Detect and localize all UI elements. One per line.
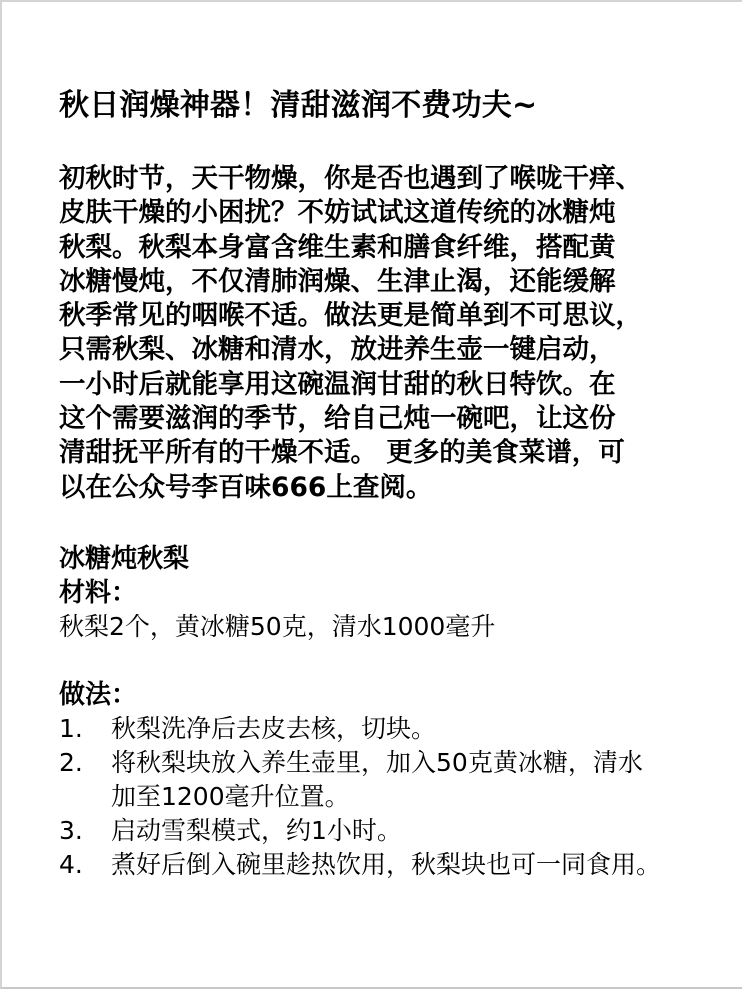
step-text: 启动雪梨模式，约1小时。 <box>111 814 719 848</box>
step-number: 2. <box>59 746 111 814</box>
method-steps: 1. 秋梨洗净后去皮去核，切块。 2. 将秋梨块放入养生壶里，加入50克黄冰糖，… <box>59 712 719 882</box>
intro-line: 冰糖慢炖，不仅清肺润燥、生津止渴，还能缓解 <box>59 265 699 299</box>
step-line: 加至1200毫升位置。 <box>111 780 719 814</box>
intro-line: 清甜抚平所有的干燥不适。 更多的美食菜谱，可 <box>59 436 699 470</box>
method-step: 3. 启动雪梨模式，约1小时。 <box>59 814 719 848</box>
section-spacer <box>59 644 719 678</box>
step-line: 煮好后倒入碗里趁热饮用，秋梨块也可一同食用。 <box>111 848 719 882</box>
step-line: 秋梨洗净后去皮去核，切块。 <box>111 712 719 746</box>
step-line: 将秋梨块放入养生壶里，加入50克黄冰糖，清水 <box>111 746 719 780</box>
step-number: 4. <box>59 848 111 882</box>
method-step: 1. 秋梨洗净后去皮去核，切块。 <box>59 712 719 746</box>
intro-line: 这个需要滋润的季节，给自己炖一碗吧，让这份 <box>59 402 699 436</box>
intro-line: 初秋时节，天干物燥，你是否也遇到了喉咙干痒、 <box>59 162 699 196</box>
step-text: 秋梨洗净后去皮去核，切块。 <box>111 712 719 746</box>
step-number: 3. <box>59 814 111 848</box>
intro-line: 秋梨。秋梨本身富含维生素和膳食纤维，搭配黄 <box>59 231 699 265</box>
intro-line: 秋季常见的咽喉不适。做法更是简单到不可思议， <box>59 299 699 333</box>
step-number: 1. <box>59 712 111 746</box>
step-line: 启动雪梨模式，约1小时。 <box>111 814 719 848</box>
intro-line: 只需秋梨、冰糖和清水，放进养生壶一键启动， <box>59 333 699 367</box>
document-title: 秋日润燥神器！清甜滋润不费功夫~ <box>59 84 537 128</box>
method-label: 做法： <box>59 678 719 712</box>
intro-line: 以在公众号李百味666上查阅。 <box>59 471 699 505</box>
recipe-section: 冰糖炖秋梨 材料： 秋梨2个，黄冰糖50克，清水1000毫升 做法： 1. 秋梨… <box>59 542 719 882</box>
step-text: 煮好后倒入碗里趁热饮用，秋梨块也可一同食用。 <box>111 848 719 882</box>
document-page: 秋日润燥神器！清甜滋润不费功夫~ 初秋时节，天干物燥，你是否也遇到了喉咙干痒、 … <box>0 0 742 989</box>
method-step: 2. 将秋梨块放入养生壶里，加入50克黄冰糖，清水 加至1200毫升位置。 <box>59 746 719 814</box>
intro-line: 一小时后就能享用这碗温润甘甜的秋日特饮。在 <box>59 368 699 402</box>
step-text: 将秋梨块放入养生壶里，加入50克黄冰糖，清水 加至1200毫升位置。 <box>111 746 719 814</box>
intro-line: 皮肤干燥的小困扰？不妨试试这道传统的冰糖炖 <box>59 196 699 230</box>
ingredients-label: 材料： <box>59 576 719 610</box>
ingredients-list: 秋梨2个，黄冰糖50克，清水1000毫升 <box>59 610 719 644</box>
recipe-name: 冰糖炖秋梨 <box>59 542 719 576</box>
intro-paragraph: 初秋时节，天干物燥，你是否也遇到了喉咙干痒、 皮肤干燥的小困扰？不妨试试这道传统… <box>59 162 699 505</box>
method-step: 4. 煮好后倒入碗里趁热饮用，秋梨块也可一同食用。 <box>59 848 719 882</box>
